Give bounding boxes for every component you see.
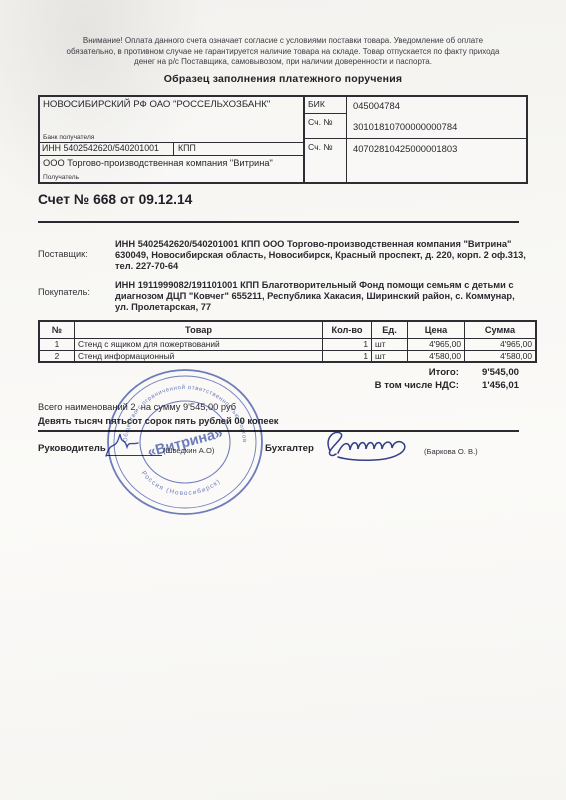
supplier-label: Поставщик: (38, 249, 88, 259)
corr-account-label: Сч. № (305, 114, 346, 127)
payee-inn: ИНН 5402542620/540201001 (40, 143, 174, 155)
items-header-row: № Товар Кол-во Ед. Цена Сумма (39, 321, 536, 339)
col-header-quantity: Кол-во (323, 321, 372, 339)
item-name: Стенд информационный (75, 350, 323, 362)
payee-cell: ИНН 5402542620/540201001 КПП ООО Торгово… (40, 143, 303, 182)
director-label: Руководитель (38, 443, 106, 454)
stamp-center-text: «Витрина» (146, 425, 225, 460)
vat-label: В том числе НДС: (375, 380, 459, 391)
payee-kpp-label: КПП (174, 143, 200, 155)
total-label: Итого: (429, 367, 459, 378)
corr-account-value: 30101810700000000784 (353, 118, 526, 132)
col-header-price: Цена (408, 321, 465, 339)
item-quantity: 1 (323, 339, 372, 351)
col-header-product: Товар (75, 321, 323, 339)
payee-name: ООО Торгово-производственная компания "В… (40, 156, 303, 168)
company-stamp: Общество с ограниченной ответственностью… (103, 366, 267, 518)
bank-table-right-pane: БИК Сч. № 045004784 30101810700000000784… (305, 97, 526, 182)
vat-value: 1'456,01 (459, 380, 519, 391)
item-sum: 4'965,00 (465, 339, 537, 351)
payment-warning-text: Внимание! Оплата данного счета означает … (60, 36, 506, 68)
bank-name: НОВОСИБИРСКИЙ РФ ОАО "РОССЕЛЬХОЗБАНК" (43, 99, 270, 110)
buyer-details: ИНН 1911999082/191101001 КПП Благотворит… (115, 280, 529, 314)
stamp-arc-bottom-text: Россия (Новосибирск) (140, 470, 222, 497)
item-unit: шт (372, 339, 408, 351)
separator-line-top (38, 221, 519, 223)
supplier-details: ИНН 5402542620/540201001 КПП ООО Торгово… (115, 239, 529, 273)
item-number: 1 (39, 339, 75, 351)
table-row: 2 Стенд информационный 1 шт 4'580,00 4'5… (39, 350, 536, 362)
svg-text:Общество с ограниченной ответс: Общество с ограниченной ответственностью… (103, 366, 247, 443)
item-sum: 4'580,00 (465, 350, 537, 362)
items-table: № Товар Кол-во Ед. Цена Сумма 1 Стенд с … (38, 320, 537, 363)
item-name: Стенд с ящиком для пожертвований (75, 339, 323, 351)
table-row: 1 Стенд с ящиком для пожертвований 1 шт … (39, 339, 536, 351)
total-row: Итого: 9'545,00 (290, 367, 519, 378)
item-unit: шт (372, 350, 408, 362)
col-header-number: № (39, 321, 75, 339)
col-header-sum: Сумма (465, 321, 537, 339)
account-value: 40702810425000001803 (353, 140, 526, 154)
bank-table-left-pane: НОВОСИБИРСКИЙ РФ ОАО "РОССЕЛЬХОЗБАНК" Ба… (40, 97, 305, 182)
bank-details-table: НОВОСИБИРСКИЙ РФ ОАО "РОССЕЛЬХОЗБАНК" Ба… (38, 95, 528, 184)
scanned-invoice-page: Внимание! Оплата данного счета означает … (0, 0, 566, 800)
bik-label: БИК (305, 97, 346, 114)
item-price: 4'580,00 (408, 350, 465, 362)
payee-label: Получатель (43, 174, 79, 181)
item-price: 4'965,00 (408, 339, 465, 351)
account-label: Сч. № (305, 139, 346, 152)
invoice-number-title: Счет № 668 от 09.12.14 (38, 192, 192, 207)
item-quantity: 1 (323, 350, 372, 362)
accountant-signature (320, 426, 430, 466)
accountant-label: Бухгалтер (265, 443, 314, 454)
item-number: 2 (39, 350, 75, 362)
bank-recipient-label: Банк получателя (43, 134, 94, 141)
bank-name-cell: НОВОСИБИРСКИЙ РФ ОАО "РОССЕЛЬХОЗБАНК" Ба… (40, 97, 303, 143)
vat-row: В том числе НДС: 1'456,01 (290, 380, 519, 391)
accountant-printed-name: (Баркова О. В.) (424, 447, 478, 456)
col-header-unit: Ед. (372, 321, 408, 339)
bik-value: 045004784 (353, 98, 526, 118)
svg-text:Россия (Новосибирск): Россия (Новосибирск) (140, 470, 222, 497)
total-value: 9'545,00 (459, 367, 519, 378)
buyer-label: Покупатель: (38, 287, 90, 297)
stamp-arc-top-text: Общество с ограниченной ответственностью… (103, 366, 247, 443)
payment-order-sample-title: Образец заполнения платежного поручения (0, 73, 566, 85)
